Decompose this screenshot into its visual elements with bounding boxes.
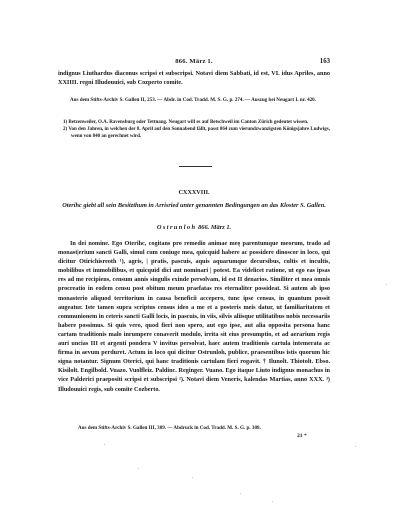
section-divider (179, 166, 212, 167)
document-number: CXXXVIII. (58, 189, 330, 196)
running-title: 866. März 1. (58, 58, 330, 65)
scan-speck (355, 446, 356, 447)
footnotes: 1) Betzenweiler, O.A. Ravensburg oder Te… (58, 119, 330, 141)
page-header: 866. März 1. 163 (58, 58, 330, 68)
document-title: Oterihc giebt all sein Besitzthum in Arr… (58, 201, 330, 210)
scan-speck (272, 501, 273, 502)
footnote-2: 2) Von den Jahren, in welchen der 8. Apr… (58, 126, 330, 140)
page-number: 163 (320, 58, 330, 65)
document-text: In dei nomine. Ego Oterihc, cogitans pro… (58, 239, 330, 394)
scan-speck (138, 468, 139, 469)
document-place: Ostrunloh (157, 224, 197, 231)
signature-mark: 21 * (297, 433, 307, 439)
footnote-1: 1) Betzenweiler, O.A. Ravensburg oder Te… (58, 119, 330, 126)
document-page: 866. März 1. 163 indignus Liuthardus dia… (0, 0, 396, 512)
document-date: 866. März 1. (198, 224, 231, 231)
document-place-date: Ostrunloh 866. März 1. (58, 224, 330, 231)
continued-paragraph: indignus Liuthardus diaconus scripsi et … (58, 69, 330, 87)
source-note-previous: Aus dem Stifts-Archiv S. Gallen II, 253.… (58, 97, 330, 104)
scan-speck (386, 284, 387, 285)
scan-speck (240, 493, 241, 494)
scan-speck (192, 477, 193, 478)
scan-speck (104, 444, 105, 445)
source-note-current: Aus dem Stifts-Archiv S. Gallen III, 309… (70, 425, 330, 432)
